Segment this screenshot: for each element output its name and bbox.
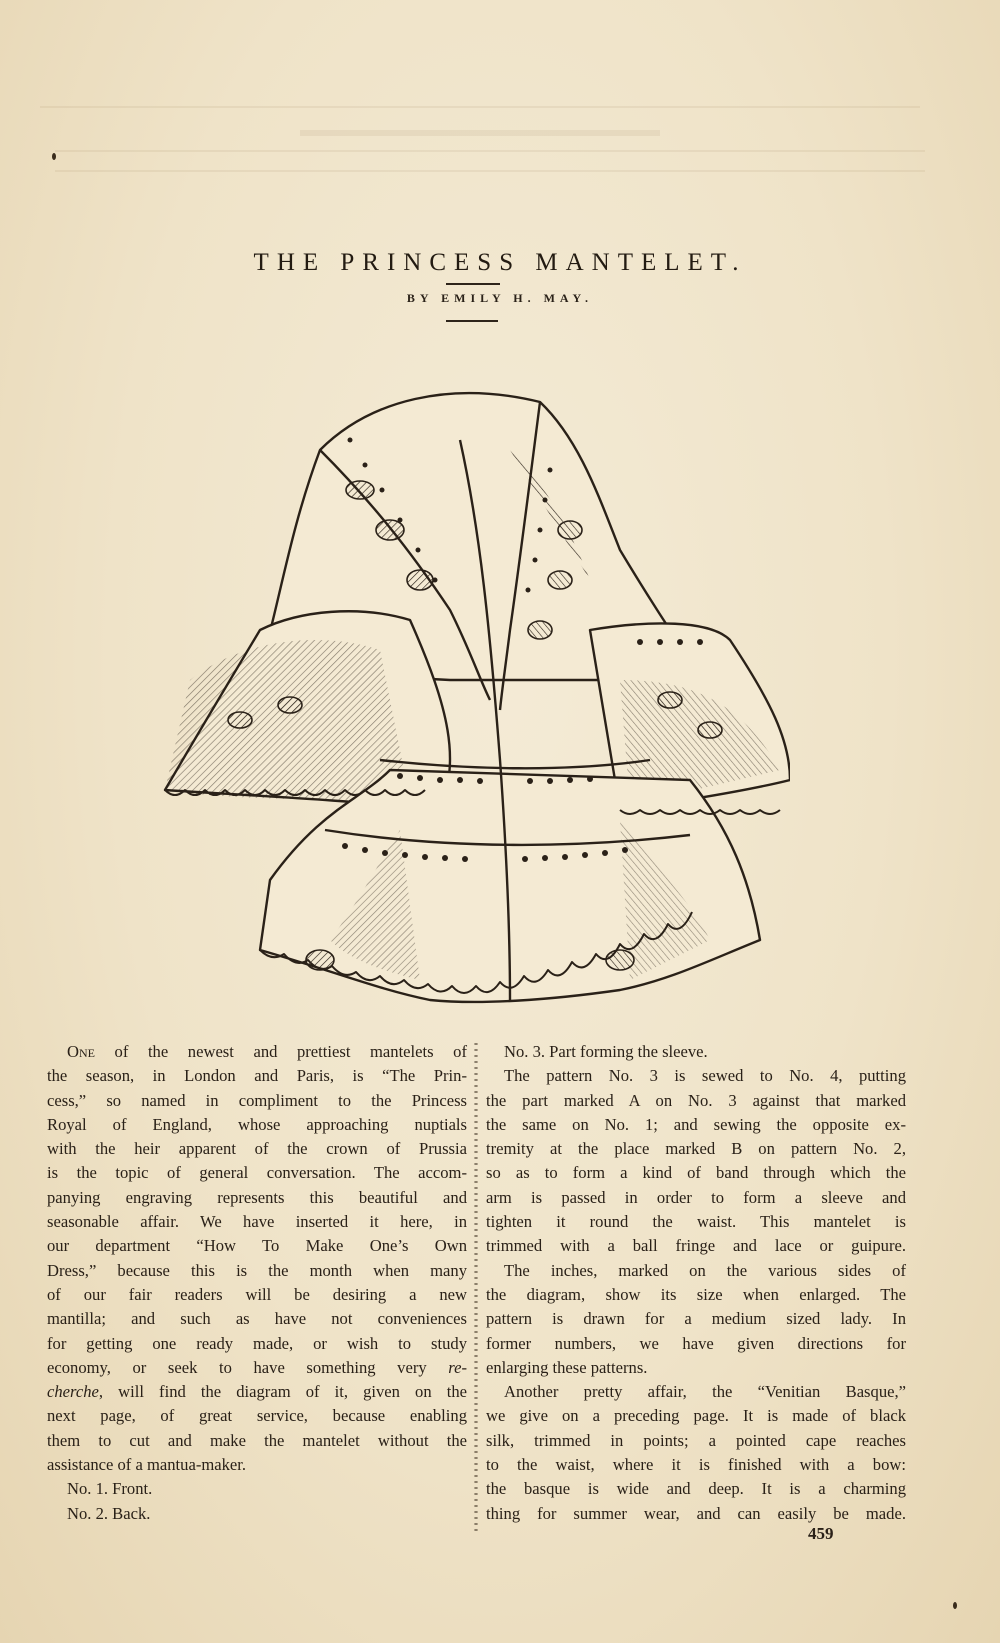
line-text: economy, or seek to have something very xyxy=(47,1358,448,1377)
text-line: our department “How To Make One’s Own xyxy=(47,1234,467,1258)
column-separator xyxy=(472,1043,480,1533)
text-line: The pattern No. 3 is sewed to No. 4, put… xyxy=(486,1064,906,1088)
text-line: so as to form a kind of band through whi… xyxy=(486,1161,906,1185)
text-line: them to cut and make the mantelet withou… xyxy=(47,1429,467,1453)
text-line: to the waist, where it is finished with … xyxy=(486,1453,906,1477)
show-through-line xyxy=(40,106,920,108)
list-item: No. 1. Front. xyxy=(47,1477,467,1501)
show-through-line xyxy=(55,150,925,152)
text-line: One of the newest and prettiest mantelet… xyxy=(47,1040,467,1064)
text-line: thing for summer wear, and can easily be… xyxy=(486,1502,906,1526)
text-line: arm is passed in order to form a sleeve … xyxy=(486,1186,906,1210)
text-line: of our fair readers will be desiring a n… xyxy=(47,1283,467,1307)
document-page: THE PRINCESS MANTELET. BY EMILY H. MAY. xyxy=(0,0,1000,1643)
list-item: No. 2. Back. xyxy=(47,1502,467,1526)
text-line: the part marked A on No. 3 against that … xyxy=(486,1089,906,1113)
text-line: we give on a preceding page. It is made … xyxy=(486,1404,906,1428)
text-line: tremity at the place marked B on pattern… xyxy=(486,1137,906,1161)
text-line: next page, of great service, because ena… xyxy=(47,1404,467,1428)
mantelet-engraving xyxy=(150,380,790,1020)
text-line: the diagram, show its size when enlarged… xyxy=(486,1283,906,1307)
byline-rule xyxy=(446,320,498,322)
text-line: assistance of a mantua-maker. xyxy=(47,1453,467,1477)
text-line: The inches, marked on the various sides … xyxy=(486,1259,906,1283)
text-line: panying engraving represents this beauti… xyxy=(47,1186,467,1210)
text-line: tighten it round the waist. This mantele… xyxy=(486,1210,906,1234)
left-column: One of the newest and prettiest mantelet… xyxy=(47,1040,467,1526)
text-line: silk, trimmed in points; a pointed cape … xyxy=(486,1429,906,1453)
line-text: of the newest and prettiest mantelets of xyxy=(95,1042,467,1061)
text-line: Another pretty affair, the “Venitian Bas… xyxy=(486,1380,906,1404)
show-through-line xyxy=(55,170,925,172)
ink-speck xyxy=(52,153,56,160)
title-rule xyxy=(446,283,500,285)
text-line: the same on No. 1; and sewing the opposi… xyxy=(486,1113,906,1137)
text-line: Royal of England, whose approaching nupt… xyxy=(47,1113,467,1137)
line-text: , will find the diagram of it, given on … xyxy=(99,1382,467,1401)
text-line: the basque is wide and deep. It is a cha… xyxy=(486,1477,906,1501)
italic-word: cherche xyxy=(47,1382,99,1401)
text-line: former numbers, we have given directions… xyxy=(486,1332,906,1356)
text-line: mantilla; and such as have not convenien… xyxy=(47,1307,467,1331)
page-number: 459 xyxy=(808,1524,834,1544)
text-line: is the topic of general conversation. Th… xyxy=(47,1161,467,1185)
right-column: No. 3. Part forming the sleeve. The patt… xyxy=(486,1040,906,1526)
text-line: trimmed with a ball fringe and lace or g… xyxy=(486,1234,906,1258)
page-title: THE PRINCESS MANTELET. xyxy=(0,249,1000,277)
ink-speck xyxy=(953,1602,957,1609)
text-line: Dress,” because this is the month when m… xyxy=(47,1259,467,1283)
text-line: economy, or seek to have something very … xyxy=(47,1356,467,1380)
text-line: pattern is drawn for a medium sized lady… xyxy=(486,1307,906,1331)
text-line: cherche, will find the diagram of it, gi… xyxy=(47,1380,467,1404)
text-line: enlarging these patterns. xyxy=(486,1356,906,1380)
text-line: with the heir apparent of the crown of P… xyxy=(47,1137,467,1161)
text-line: No. 3. Part forming the sleeve. xyxy=(486,1040,906,1064)
byline: BY EMILY H. MAY. xyxy=(0,291,1000,306)
text-line: seasonable affair. We have inserted it h… xyxy=(47,1210,467,1234)
text-line: cess,” so named in compliment to the Pri… xyxy=(47,1089,467,1113)
text-line: the season, in London and Paris, is “The… xyxy=(47,1064,467,1088)
italic-word: re- xyxy=(448,1358,467,1377)
show-through-heading xyxy=(300,130,660,136)
text-line: for getting one ready made, or wish to s… xyxy=(47,1332,467,1356)
drop-small-caps: One xyxy=(67,1042,95,1061)
